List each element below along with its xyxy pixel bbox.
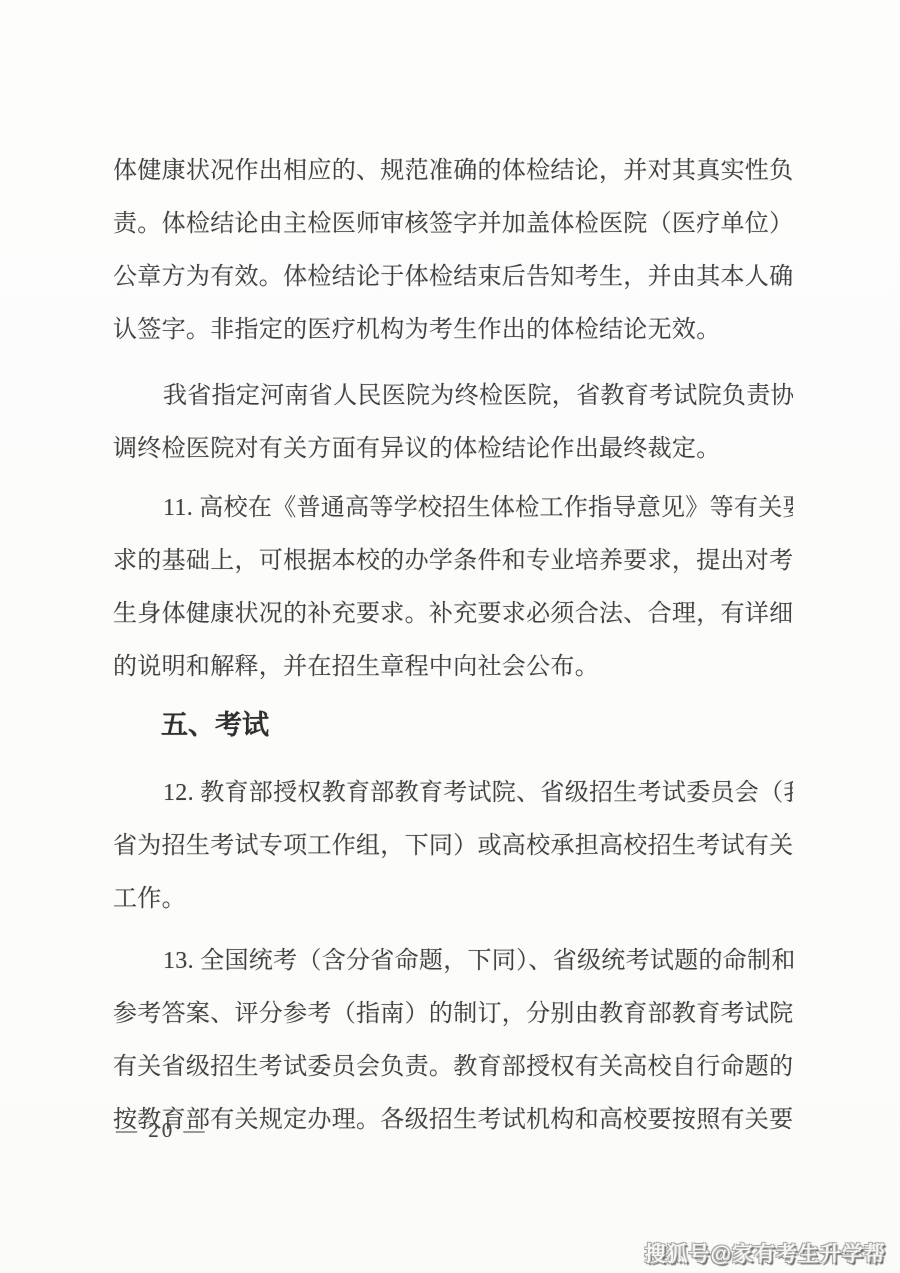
body-line: 我省指定河南省人民医院为终检医院，省教育考试院负责协: [113, 370, 793, 423]
body-line: 生身体健康状况的补充要求。补充要求必须合法、合理，有详细: [113, 588, 793, 641]
body-line: 12. 教育部授权教育部教育考试院、省级招生考试委员会（我: [113, 767, 793, 820]
paragraph-final-check-hospital: 我省指定河南省人民医院为终检医院，省教育考试院负责协 调终检医院对有关方面有异议…: [113, 370, 793, 476]
page-number: — 20 —: [116, 1118, 208, 1143]
body-line: 有关省级招生考试委员会负责。教育部授权有关高校自行命题的，: [113, 1041, 793, 1094]
watermark-sohu-account: 搜狐号@家有考生升学帮: [645, 1238, 886, 1268]
paragraph-physical-exam-conclusion: 体健康状况作出相应的、规范准确的体检结论，并对其真实性负 责。体检结论由主检医师…: [113, 145, 793, 357]
document-page: 体健康状况作出相应的、规范准确的体检结论，并对其真实性负 责。体检结论由主检医师…: [0, 0, 900, 1273]
body-line: 公章方为有效。体检结论于体检结束后告知考生，并由其本人确: [113, 251, 793, 304]
body-line: 认签字。非指定的医疗机构为考生作出的体检结论无效。: [113, 304, 793, 357]
body-line: 省为招生考试专项工作组，下同）或高校承担高校招生考试有关: [113, 820, 793, 873]
paragraph-item-12: 12. 教育部授权教育部教育考试院、省级招生考试委员会（我 省为招生考试专项工作…: [113, 767, 793, 926]
body-line: 11. 高校在《普通高等学校招生体检工作指导意见》等有关要: [113, 482, 793, 535]
body-line: 求的基础上，可根据本校的办学条件和专业培养要求，提出对考: [113, 535, 793, 588]
body-line: 参考答案、评分参考（指南）的制订，分别由教育部教育考试院、: [113, 988, 793, 1041]
body-line: 13. 全国统考（含分省命题，下同）、省级统考试题的命制和: [113, 935, 793, 988]
paragraph-item-11: 11. 高校在《普通高等学校招生体检工作指导意见》等有关要 求的基础上，可根据本…: [113, 482, 793, 694]
body-line: 按教育部有关规定办理。各级招生考试机构和高校要按照有关要: [113, 1094, 793, 1147]
body-line: 体健康状况作出相应的、规范准确的体检结论，并对其真实性负: [113, 145, 793, 198]
body-line: 的说明和解释，并在招生章程中向社会公布。: [113, 641, 793, 694]
paragraph-item-13: 13. 全国统考（含分省命题，下同）、省级统考试题的命制和 参考答案、评分参考（…: [113, 935, 793, 1147]
body-line: 工作。: [113, 873, 793, 926]
body-line: 调终检医院对有关方面有异议的体检结论作出最终裁定。: [113, 423, 793, 476]
body-line: 责。体检结论由主检医师审核签字并加盖体检医院（医疗单位）: [113, 198, 793, 251]
section-heading-exam: 五、考试: [113, 699, 269, 752]
